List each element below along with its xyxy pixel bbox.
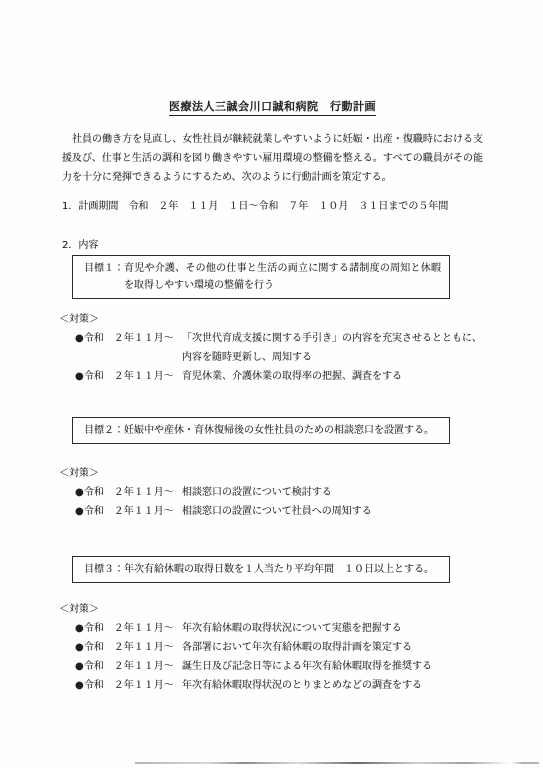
document-body: 医療法人三誠会川口誠和病院 行動計画 社員の働き方を見直し、女性社員が継続就業し… bbox=[0, 0, 543, 695]
measures-list-1: ●令和 ２年１１月～ 「次世代育成支援に関する手引き」の内容を充実させるとともに… bbox=[62, 329, 483, 386]
page-title: 医療法人三誠会川口誠和病院 行動計画 bbox=[169, 100, 376, 116]
measure-desc: 相談窓口の設置について社員への周知する bbox=[182, 502, 483, 521]
measure-desc: 誕生日及び記念日等による年次有給休暇取得を推奨する bbox=[182, 657, 483, 676]
measure-row: ●令和 ２年１１月～ 誕生日及び記念日等による年次有給休暇取得を推奨する bbox=[75, 657, 483, 676]
measure-row: ●令和 ２年１１月～ 年次有給休暇取得状況のとりまとめなどの調査をする bbox=[75, 676, 483, 695]
goal-2-box: 目標２： 妊娠中や産休・育休復帰後の女性社員のための相談窓口を設置する。 bbox=[72, 417, 450, 444]
measure-date: ●令和 ２年１１月～ bbox=[75, 638, 182, 657]
measure-row: ●令和 ２年１１月～ 各部署において年次有給休暇の取得計画を策定する bbox=[75, 638, 483, 657]
goal-1-label: 目標１： bbox=[84, 260, 124, 294]
measure-desc: 「次世代育成支援に関する手引き」の内容を充実させるとともに、内容を随時更新し、周… bbox=[182, 329, 483, 367]
title-row: 医療法人三誠会川口誠和病院 行動計画 bbox=[62, 99, 483, 116]
goal-2-text: 妊娠中や産休・育休復帰後の女性社員のための相談窓口を設置する。 bbox=[124, 422, 441, 439]
measure-desc: 年次有給休暇取得状況のとりまとめなどの調査をする bbox=[182, 676, 483, 695]
measure-row: ●令和 ２年１１月～ 相談窓口の設置について検討する bbox=[75, 483, 483, 502]
measures-list-3: ●令和 ２年１１月～ 年次有給休暇の取得状況について実態を把握する ●令和 ２年… bbox=[62, 619, 483, 695]
measures-heading-2: ＜対策＞ bbox=[59, 467, 483, 480]
measure-date: ●令和 ２年１１月～ bbox=[75, 483, 182, 502]
measure-date: ●令和 ２年１１月～ bbox=[75, 676, 182, 695]
intro-paragraph: 社員の働き方を見直し、女性社員が継続就業しやすいように妊娠・出産・復職時における… bbox=[62, 130, 483, 187]
goal-3-label: 目標３： bbox=[84, 561, 124, 578]
measure-date: ●令和 ２年１１月～ bbox=[75, 367, 182, 386]
measure-row: ●令和 ２年１１月～ 年次有給休暇の取得状況について実態を把握する bbox=[75, 619, 483, 638]
contents-heading: 2．内容 bbox=[62, 239, 483, 252]
measure-desc: 年次有給休暇の取得状況について実態を把握する bbox=[182, 619, 483, 638]
goal-3-box: 目標３： 年次有給休暇の取得日数を１人当たり平均年間 １０日以上とする。 bbox=[72, 556, 450, 583]
measure-date: ●令和 ２年１１月～ bbox=[75, 657, 182, 676]
measure-date: ●令和 ２年１１月～ bbox=[75, 502, 182, 521]
measure-row: ●令和 ２年１１月～ 育児休業、介護休業の取得率の把握、調査をする bbox=[75, 367, 483, 386]
measure-desc: 相談窓口の設置について検討する bbox=[182, 483, 483, 502]
measures-heading-3: ＜対策＞ bbox=[59, 603, 483, 616]
scanned-document-page: 医療法人三誠会川口誠和病院 行動計画 社員の働き方を見直し、女性社員が継続就業し… bbox=[0, 0, 543, 768]
measure-date: ●令和 ２年１１月～ bbox=[75, 619, 182, 638]
goal-2-label: 目標２： bbox=[84, 422, 124, 439]
measure-row: ●令和 ２年１１月～ 相談窓口の設置について社員への周知する bbox=[75, 502, 483, 521]
measure-row: ●令和 ２年１１月～ 「次世代育成支援に関する手引き」の内容を充実させるとともに… bbox=[75, 329, 483, 367]
measures-heading-1: ＜対策＞ bbox=[59, 313, 483, 326]
goal-1-text: 育児や介護、その他の仕事と生活の両立に関する諸制度の周知と休暇を取得しやすい環境… bbox=[124, 260, 441, 294]
measure-desc: 各部署において年次有給休暇の取得計画を策定する bbox=[182, 638, 483, 657]
scan-artifact-line bbox=[135, 762, 539, 764]
plan-period-line: 1．計画期間 令和 ２年 １１月 １日～令和 ７年 １０月 ３１日までの５年間 bbox=[62, 200, 483, 214]
measure-desc: 育児休業、介護休業の取得率の把握、調査をする bbox=[182, 367, 483, 386]
measures-list-2: ●令和 ２年１１月～ 相談窓口の設置について検討する ●令和 ２年１１月～ 相談… bbox=[62, 483, 483, 521]
goal-1-box: 目標１： 育児や介護、その他の仕事と生活の両立に関する諸制度の周知と休暇を取得し… bbox=[72, 255, 450, 299]
goal-3-text: 年次有給休暇の取得日数を１人当たり平均年間 １０日以上とする。 bbox=[124, 561, 441, 578]
measure-date: ●令和 ２年１１月～ bbox=[75, 329, 182, 367]
